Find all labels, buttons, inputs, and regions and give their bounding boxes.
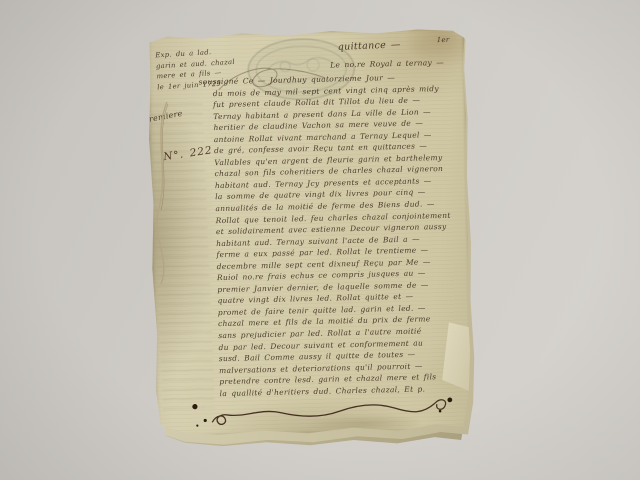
binding-thread-icon <box>141 98 183 288</box>
manuscript-body: soussigné Ce — Jourdhuy quatorzieme Jour… <box>198 71 465 400</box>
document-heading: quittance — <box>338 39 401 53</box>
manuscript-page: quittance — 1er Exp. du a lad.garin et a… <box>145 26 474 439</box>
paper-stack: quittance — 1er Exp. du a lad.garin et a… <box>150 30 472 442</box>
folio-mark: 1er <box>437 36 450 44</box>
document-photo: quittance — 1er Exp. du a lad.garin et a… <box>0 0 640 480</box>
closing-flourish-icon <box>188 393 461 431</box>
